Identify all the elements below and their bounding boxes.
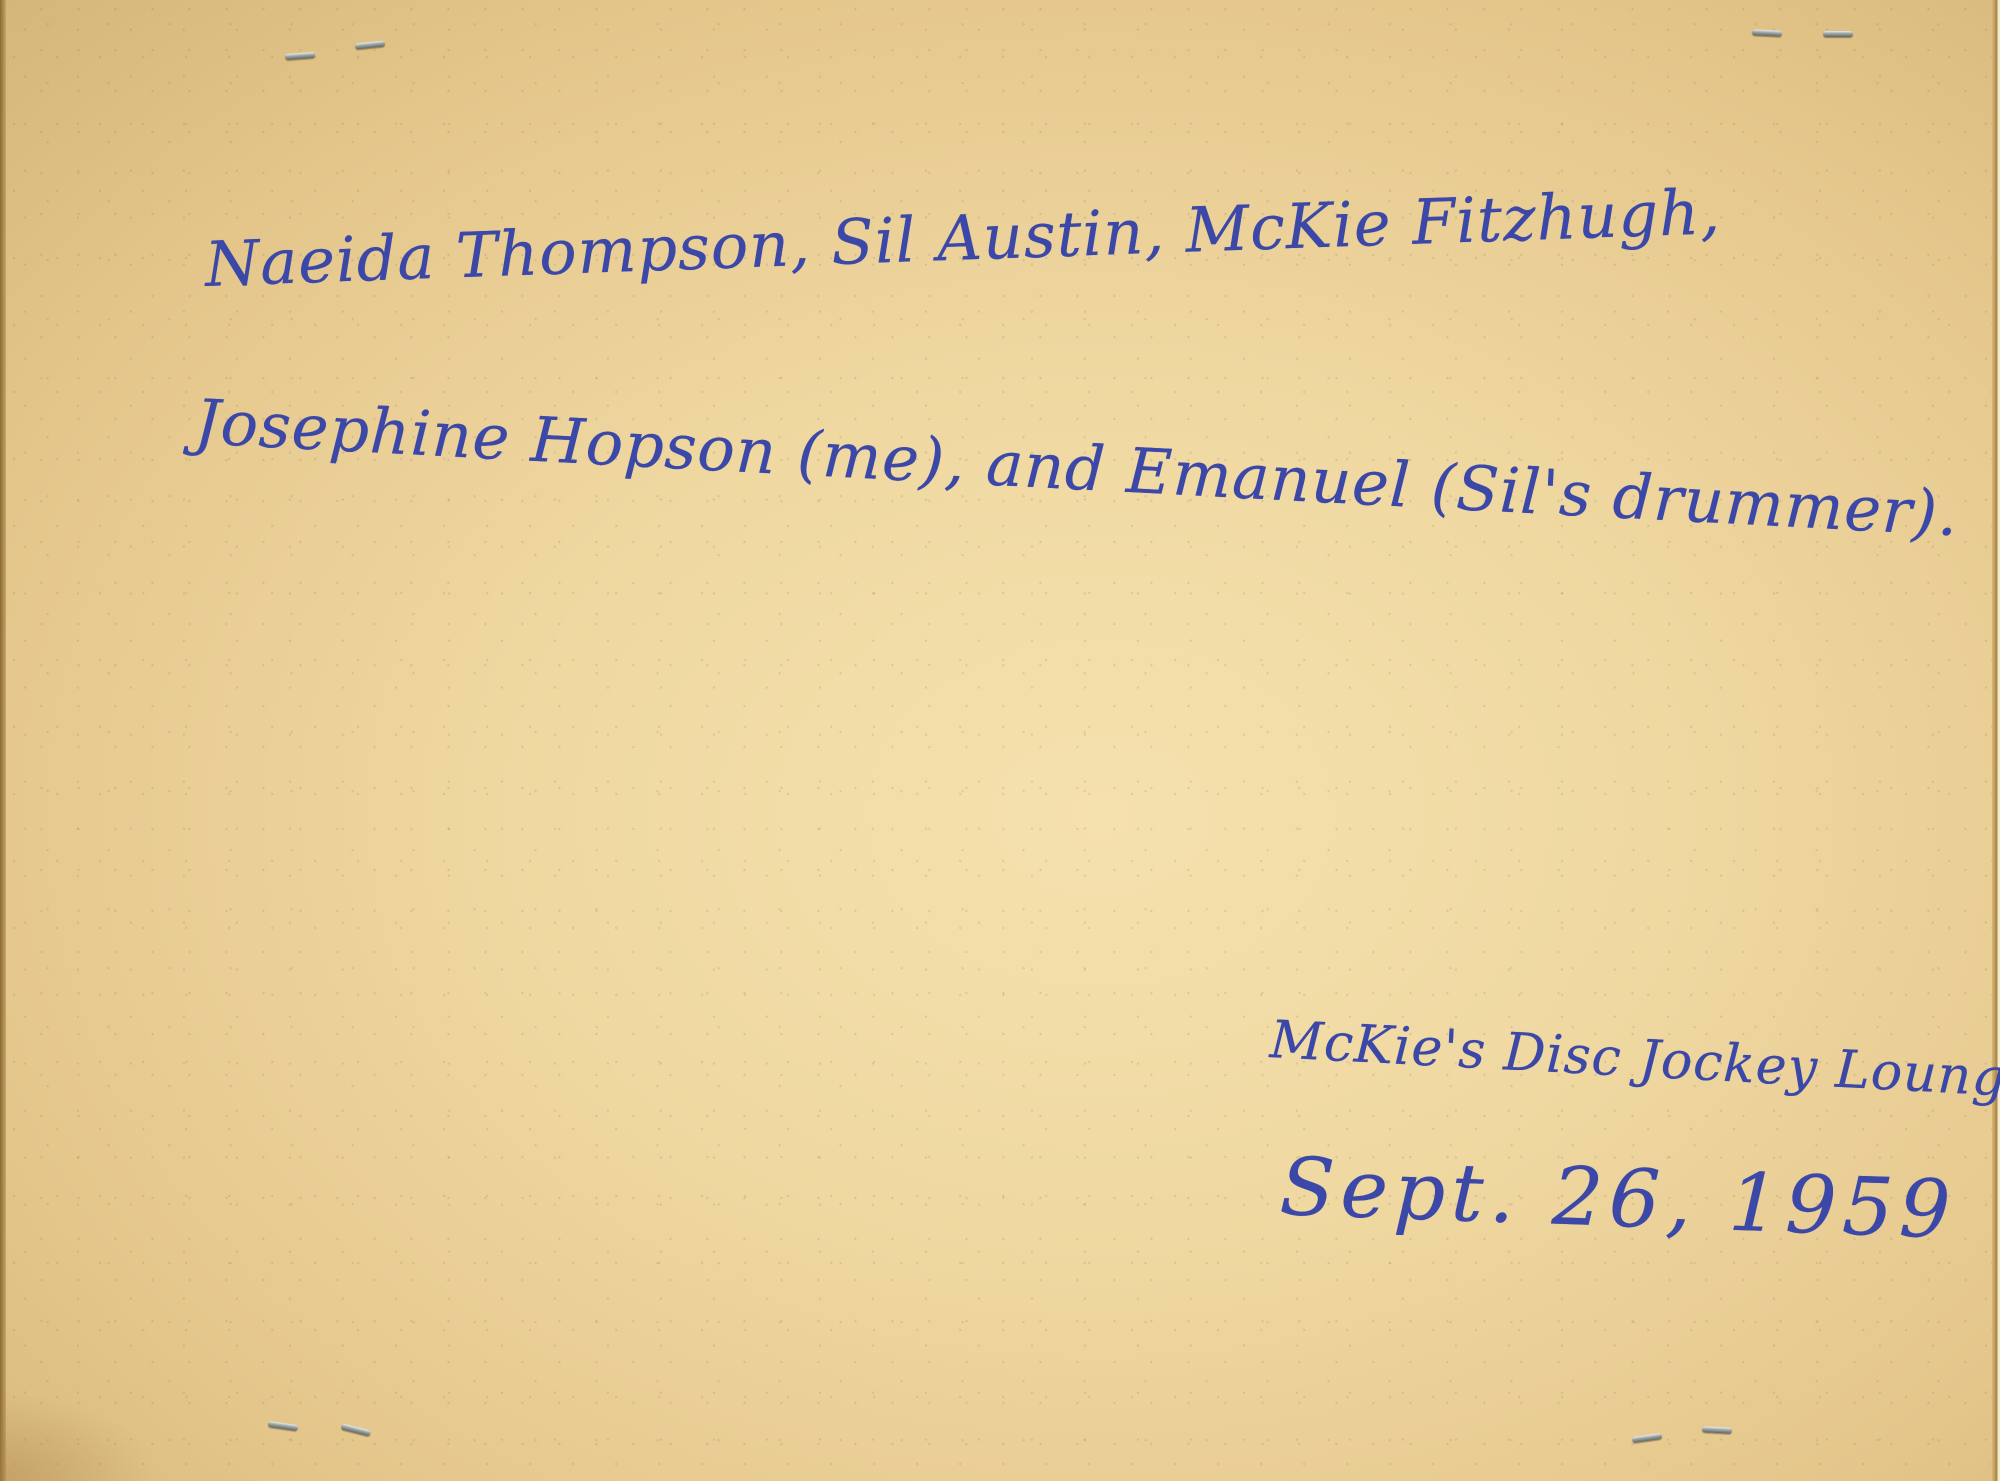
page-right-edge [1992,0,2000,1481]
album-page: Naeida Thompson, Sil Austin, McKie Fitzh… [0,0,2000,1481]
staple-top-right-2 [1823,31,1853,37]
corner-wear [0,1391,160,1481]
page-left-edge [0,0,6,1481]
